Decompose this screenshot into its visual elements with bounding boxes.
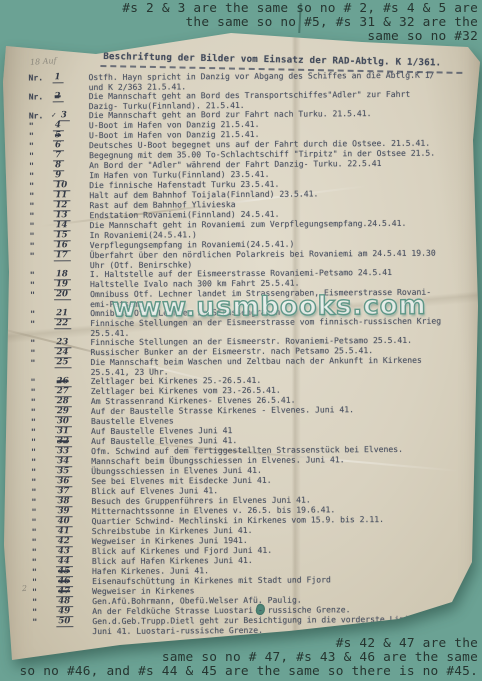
row-prefix: " xyxy=(29,171,51,180)
row-prefix: " xyxy=(30,221,52,230)
row-prefix: " xyxy=(31,397,53,406)
row-prefix: " xyxy=(29,191,51,200)
row-prefix: " xyxy=(31,417,53,426)
row-prefix: " xyxy=(32,607,54,616)
row-prefix: " xyxy=(31,477,53,486)
row-prefix: " xyxy=(30,358,52,367)
row-prefix: " xyxy=(32,597,54,606)
row-number: 17 xyxy=(54,251,71,261)
row-prefix: " xyxy=(29,151,51,160)
paper-shadow: Beschriftung der Bilder vom Einsatz der … xyxy=(0,0,482,681)
row-prefix: " xyxy=(29,161,51,170)
row-prefix: " xyxy=(29,141,51,150)
row-number: 1 xyxy=(53,73,64,83)
row-number: 25 xyxy=(54,358,71,368)
photo-background: { "annotations": { "top_lines": [ "#s 2 … xyxy=(0,0,482,681)
annotation-line: same so no # 47, #s 43 & 46 are the same xyxy=(20,651,478,665)
row-prefix: " xyxy=(32,567,54,576)
row-number-cell: "17 xyxy=(30,251,90,261)
row-prefix: Nr. xyxy=(29,111,51,120)
row-number-cell: Nr.1 xyxy=(29,73,89,83)
caption-line: Juni 41. Luostari-russische Grenze. xyxy=(92,624,478,636)
row-prefix: " xyxy=(32,547,54,556)
row-prefix: " xyxy=(30,319,52,328)
row-prefix: Nr. xyxy=(29,92,51,101)
row-number: 22 xyxy=(54,319,71,329)
row-prefix: " xyxy=(32,587,54,596)
row-prefix: " xyxy=(30,241,52,250)
row-prefix: " xyxy=(29,131,51,140)
row-prefix: " xyxy=(29,211,51,220)
row-prefix: " xyxy=(31,457,53,466)
row-prefix: " xyxy=(30,338,52,347)
row-number: 2 xyxy=(53,92,64,102)
list-row: "50Gen.d.Geb.Trupp.Dietl geht zur Besich… xyxy=(32,614,478,636)
row-prefix: " xyxy=(32,557,54,566)
row-prefix: " xyxy=(31,447,53,456)
row-prefix: " xyxy=(29,201,51,210)
row-number-cell: "25 xyxy=(30,358,90,368)
row-prefix: " xyxy=(32,517,54,526)
row-prefix: " xyxy=(31,407,53,416)
row-prefix: " xyxy=(32,507,54,516)
photo-caption-list: Nr.1Ostfh. Hayn spricht in Danzig vor Ab… xyxy=(29,70,479,636)
typed-document: Beschriftung der Bilder vom Einsatz der … xyxy=(0,0,482,2)
row-prefix: " xyxy=(31,487,53,496)
annotation-line: #s 42 & 47 are the xyxy=(20,637,478,651)
row-prefix: " xyxy=(32,527,54,536)
row-prefix: " xyxy=(31,427,53,436)
checkmark-icon: ✓ xyxy=(51,111,57,119)
row-prefix: " xyxy=(29,181,51,190)
row-number: 50 xyxy=(56,617,73,627)
usmbooks-watermark: www.usmbooks.com xyxy=(112,291,427,324)
row-prefix: " xyxy=(31,387,53,396)
row-prefix: " xyxy=(31,467,53,476)
row-prefix: " xyxy=(31,437,53,446)
pencil-note: 18 Auf xyxy=(30,56,57,67)
row-prefix: " xyxy=(31,377,53,386)
row-prefix: " xyxy=(32,537,54,546)
row-number-cell: "22 xyxy=(30,319,90,329)
bottom-annotation: #s 42 & 47 are thesame so no # 47, #s 43… xyxy=(20,637,478,680)
row-prefix: " xyxy=(30,270,52,279)
paper-sheet: Beschriftung der Bilder vom Einsatz der … xyxy=(0,0,482,681)
row-prefix: " xyxy=(30,280,52,289)
annotation-line: so no #46, and #s 44 & 45 are the same s… xyxy=(20,665,478,679)
row-prefix: " xyxy=(31,497,53,506)
row-number: 20 xyxy=(54,290,71,300)
row-prefix: " xyxy=(30,348,52,357)
row-prefix: " xyxy=(32,617,54,626)
row-prefix: " xyxy=(29,121,51,130)
row-prefix: " xyxy=(30,309,52,318)
row-prefix: " xyxy=(30,251,52,260)
row-caption: Gen.d.Geb.Trupp.Dietl geht zur Besichtig… xyxy=(92,614,478,636)
pencil-note: 2 xyxy=(22,584,28,593)
row-number-cell: "50 xyxy=(32,617,92,627)
row-prefix: Nr. xyxy=(29,73,51,82)
row-number-cell: Nr.2 xyxy=(29,92,89,102)
row-prefix: " xyxy=(30,290,52,299)
row-prefix: " xyxy=(30,231,52,240)
row-prefix: " xyxy=(32,577,54,586)
row-number-cell: "20 xyxy=(30,290,90,300)
